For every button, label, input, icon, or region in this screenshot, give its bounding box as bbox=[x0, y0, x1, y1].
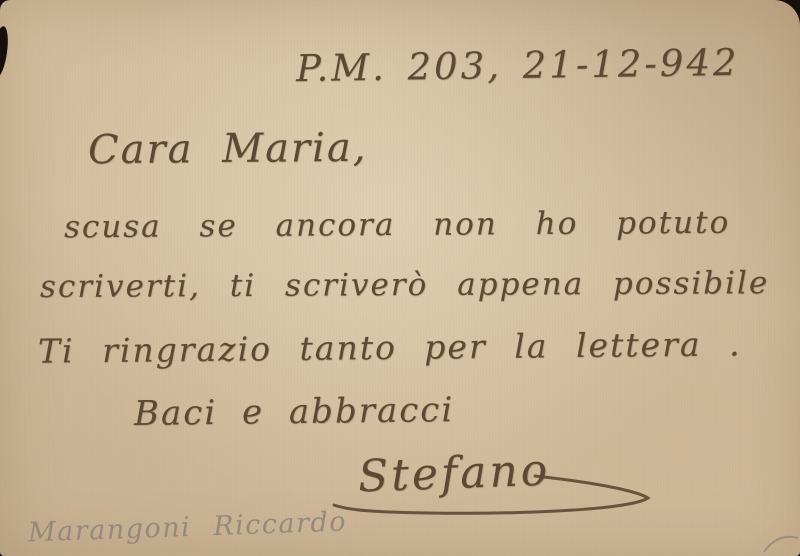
date-line: P.M. 203, 21-12-942 bbox=[296, 41, 740, 90]
body-line: scusa se ancora non ho potuto bbox=[64, 205, 730, 246]
body-line: scriverti, ti scriverò appena possibile … bbox=[40, 265, 800, 305]
pencil-corner-mark bbox=[762, 526, 800, 556]
closing-line: Baci e abbracci bbox=[134, 390, 455, 434]
signature: Stefano bbox=[357, 445, 551, 503]
scanned-postcard: P.M. 203, 21-12-942 Cara Maria, scusa se… bbox=[0, 0, 800, 556]
postcard-paper: P.M. 203, 21-12-942 Cara Maria, scusa se… bbox=[0, 0, 800, 556]
body-line: Ti ringrazio tanto per la lettera . bbox=[38, 324, 742, 370]
paper-edge-chip bbox=[0, 25, 11, 78]
salutation: Cara Maria, bbox=[88, 125, 368, 173]
pencil-annotation: Marangoni Riccardo bbox=[28, 506, 348, 548]
